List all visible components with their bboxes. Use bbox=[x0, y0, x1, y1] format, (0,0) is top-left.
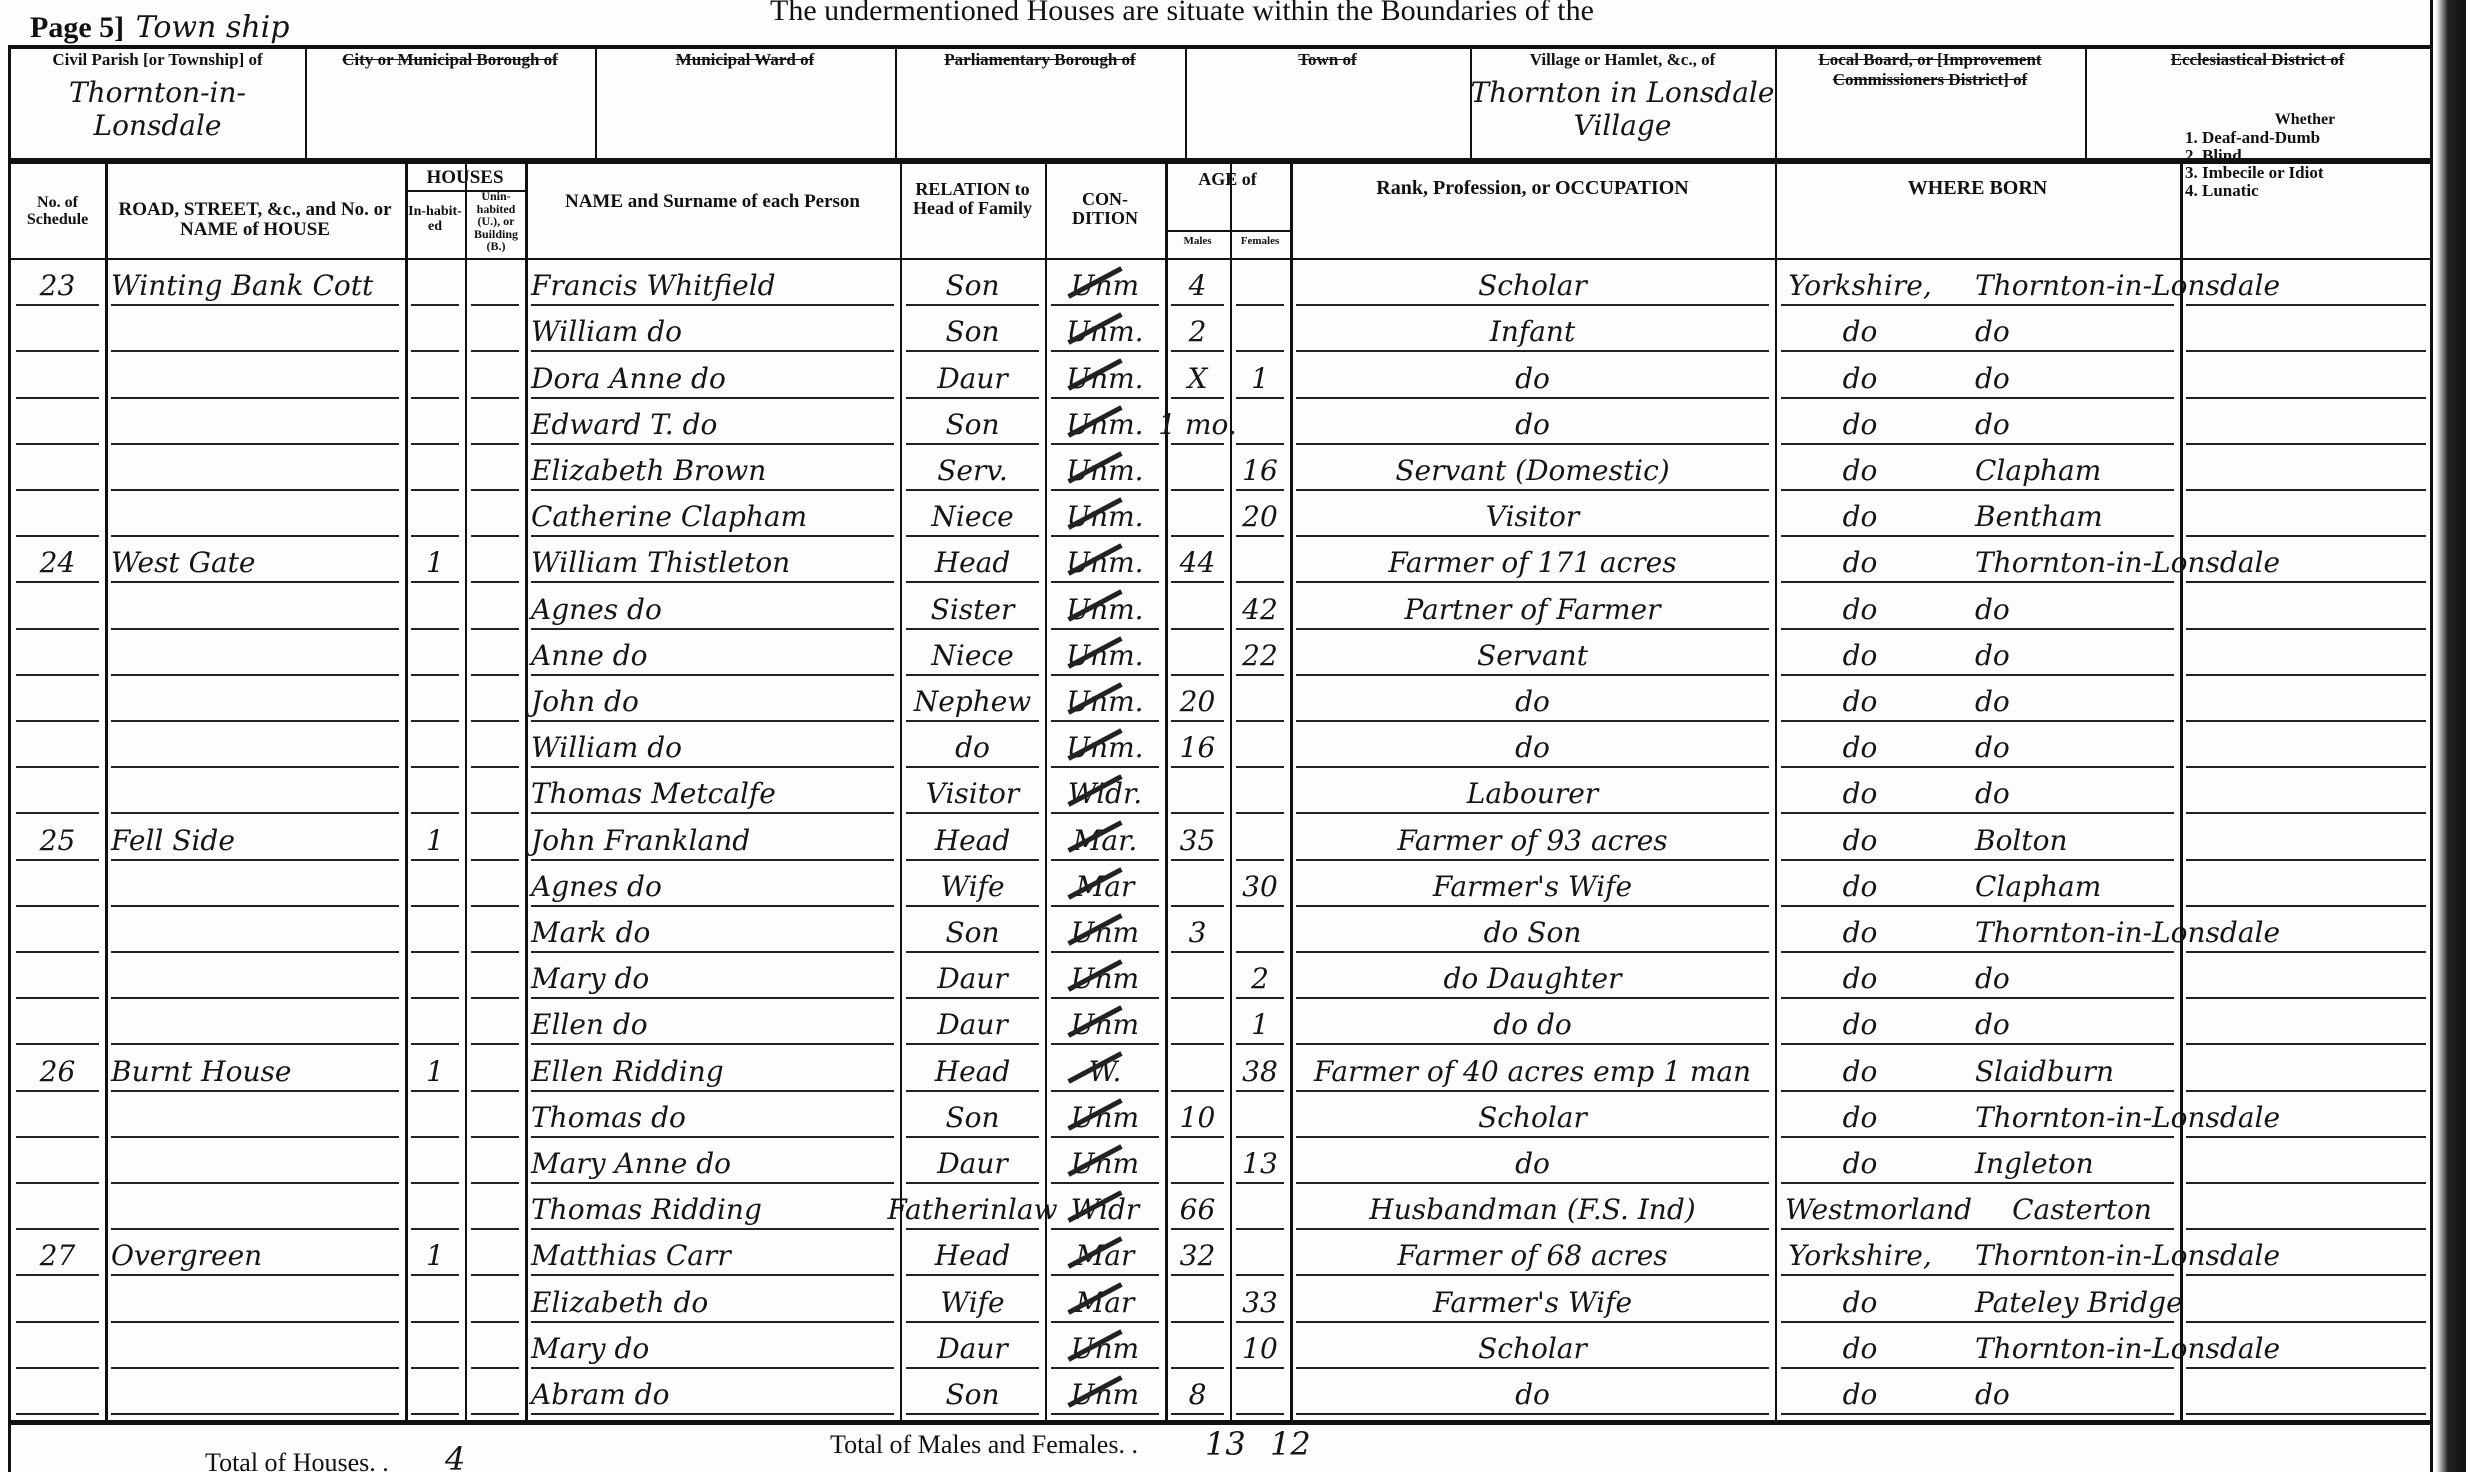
male-age bbox=[1171, 863, 1224, 909]
relation: Nephew bbox=[906, 678, 1039, 724]
person-name: Thomas Metcalfe bbox=[531, 770, 894, 816]
row-rule bbox=[1296, 1043, 1769, 1045]
whether-item: 2. Blind bbox=[2185, 147, 2425, 165]
born-county: do bbox=[1785, 500, 1935, 533]
row-rule bbox=[531, 1228, 894, 1230]
row-rule bbox=[1781, 489, 2174, 491]
condition: Unm. bbox=[1051, 539, 1159, 585]
male-age: 8 bbox=[1171, 1371, 1224, 1417]
house-name: Burnt House bbox=[111, 1047, 399, 1093]
condition: Widr. bbox=[1051, 770, 1159, 816]
row-rule bbox=[111, 1321, 399, 1323]
male-age: 10 bbox=[1171, 1094, 1224, 1140]
boundary-label: Ecclesiastical District of bbox=[2085, 50, 2430, 70]
person-name: John Frankland bbox=[531, 816, 894, 862]
relation: Daur bbox=[906, 1001, 1039, 1047]
schedule-number bbox=[16, 1094, 99, 1140]
row-rule bbox=[2186, 766, 2426, 768]
inhabited-count: 1 bbox=[411, 539, 459, 585]
house-name bbox=[111, 770, 399, 816]
row-rule bbox=[1051, 812, 1159, 814]
row-rule bbox=[906, 812, 1039, 814]
row-rule bbox=[1171, 997, 1224, 999]
where-born: doBentham bbox=[1785, 493, 2425, 539]
row-rule bbox=[906, 489, 1039, 491]
condition: Mar bbox=[1051, 1278, 1159, 1324]
row-rule bbox=[1171, 443, 1224, 445]
row-rule bbox=[1236, 1090, 1284, 1092]
row-rule bbox=[906, 1367, 1039, 1369]
condition: Unm. bbox=[1051, 447, 1159, 493]
person-name: Elizabeth do bbox=[531, 1278, 894, 1324]
house-name: Overgreen bbox=[111, 1232, 399, 1278]
person-name: Ellen Ridding bbox=[531, 1047, 894, 1093]
born-place: Slaidburn bbox=[1975, 1055, 2114, 1088]
condition: Unm. bbox=[1051, 354, 1159, 400]
female-age bbox=[1236, 724, 1284, 770]
born-county: do bbox=[1785, 362, 1935, 395]
whether-item: 4. Lunatic bbox=[2185, 182, 2425, 200]
condition: Unm. bbox=[1051, 632, 1159, 678]
row-rule bbox=[1051, 1274, 1159, 1276]
male-age bbox=[1171, 1001, 1224, 1047]
born-county: do bbox=[1785, 408, 1935, 441]
row-rule bbox=[1236, 304, 1284, 306]
row-rule bbox=[411, 1228, 459, 1230]
row-rule bbox=[2186, 1228, 2426, 1230]
row-rule bbox=[111, 581, 399, 583]
inhabited-count bbox=[411, 1001, 459, 1047]
born-place: Pateley Bridge bbox=[1975, 1286, 2183, 1319]
row-rule bbox=[2186, 1413, 2426, 1415]
row-rule bbox=[531, 581, 894, 583]
schedule-number: 27 bbox=[16, 1232, 99, 1278]
row-rule bbox=[1171, 1090, 1224, 1092]
row-rule bbox=[1781, 535, 2174, 537]
born-county: do bbox=[1785, 593, 1935, 626]
row-rule bbox=[16, 1090, 99, 1092]
row-rule bbox=[16, 1182, 99, 1184]
header-whether: Whether1. Deaf-and-Dumb2. Blind3. Imbeci… bbox=[2185, 112, 2425, 200]
row-rule bbox=[906, 397, 1039, 399]
person-name: Mary do bbox=[531, 1325, 894, 1371]
inhabited-count bbox=[411, 308, 459, 354]
row-rule bbox=[531, 905, 894, 907]
row-rule bbox=[471, 1136, 519, 1138]
born-county: do bbox=[1785, 777, 1935, 810]
row-rule bbox=[1781, 304, 2174, 306]
row-rule bbox=[16, 997, 99, 999]
row-rule bbox=[1051, 1136, 1159, 1138]
born-place: Clapham bbox=[1975, 870, 2101, 903]
row-rule bbox=[411, 812, 459, 814]
row-rule bbox=[2186, 443, 2426, 445]
row-rule bbox=[16, 628, 99, 630]
row-rule bbox=[531, 628, 894, 630]
relation: Head bbox=[906, 1232, 1039, 1278]
relation: Son bbox=[906, 909, 1039, 955]
row-rule bbox=[531, 535, 894, 537]
row-rule bbox=[411, 951, 459, 953]
male-age: 20 bbox=[1171, 678, 1224, 724]
row-rule bbox=[471, 489, 519, 491]
row-rule bbox=[1781, 350, 2174, 352]
row-rule bbox=[531, 1182, 894, 1184]
row-rule bbox=[1296, 766, 1769, 768]
rule bbox=[1165, 230, 1290, 232]
person-name: John do bbox=[531, 678, 894, 724]
female-age bbox=[1236, 1094, 1284, 1140]
row-rule bbox=[1236, 766, 1284, 768]
relation: Son bbox=[906, 401, 1039, 447]
schedule-number bbox=[16, 724, 99, 770]
born-county: do bbox=[1785, 1378, 1935, 1411]
house-name: West Gate bbox=[111, 539, 399, 585]
occupation: do bbox=[1296, 1371, 1769, 1417]
census-row: Catherine ClaphamNieceUnm.20VisitordoBen… bbox=[10, 493, 2430, 539]
row-rule bbox=[2186, 489, 2426, 491]
row-rule bbox=[1236, 1136, 1284, 1138]
census-row: Dora Anne doDaurUnm.X1dododo bbox=[10, 354, 2430, 400]
condition: Unm bbox=[1051, 1094, 1159, 1140]
house-name bbox=[111, 1325, 399, 1371]
row-rule bbox=[1236, 997, 1284, 999]
occupation: Visitor bbox=[1296, 493, 1769, 539]
boundary-label: Town of bbox=[1185, 50, 1470, 70]
row-rule bbox=[16, 1321, 99, 1323]
condition: Unm. bbox=[1051, 308, 1159, 354]
census-row: Ellen doDaurUnm1do dododo bbox=[10, 1001, 2430, 1047]
relation: Daur bbox=[906, 354, 1039, 400]
female-age: 42 bbox=[1236, 585, 1284, 631]
row-rule bbox=[1781, 1043, 2174, 1045]
row-rule bbox=[1171, 1274, 1224, 1276]
row-rule bbox=[111, 1182, 399, 1184]
row-rule bbox=[471, 951, 519, 953]
row-rule bbox=[16, 581, 99, 583]
row-rule bbox=[906, 581, 1039, 583]
row-rule bbox=[1296, 720, 1769, 722]
row-rule bbox=[906, 1182, 1039, 1184]
born-place: do bbox=[1975, 1008, 2010, 1041]
row-rule bbox=[1296, 674, 1769, 676]
where-born: Yorkshire,Thornton-in-Lonsdale bbox=[1785, 262, 2425, 308]
row-rule bbox=[1171, 1136, 1224, 1138]
occupation: Scholar bbox=[1296, 1094, 1769, 1140]
row-rule bbox=[531, 766, 894, 768]
row-rule bbox=[471, 766, 519, 768]
row-rule bbox=[471, 397, 519, 399]
schedule-number bbox=[16, 770, 99, 816]
row-rule bbox=[906, 997, 1039, 999]
inhabited-count bbox=[411, 447, 459, 493]
row-rule bbox=[1171, 859, 1224, 861]
where-born: dodo bbox=[1785, 1001, 2425, 1047]
where-born: doClapham bbox=[1785, 447, 2425, 493]
female-age bbox=[1236, 539, 1284, 585]
occupation: Servant (Domestic) bbox=[1296, 447, 1769, 493]
row-rule bbox=[906, 1413, 1039, 1415]
condition: Unm bbox=[1051, 262, 1159, 308]
born-place: Bolton bbox=[1975, 824, 2068, 857]
row-rule bbox=[1781, 1090, 2174, 1092]
relation: Wife bbox=[906, 863, 1039, 909]
row-rule bbox=[16, 443, 99, 445]
house-name bbox=[111, 1094, 399, 1140]
row-rule bbox=[1296, 1182, 1769, 1184]
row-rule bbox=[906, 859, 1039, 861]
schedule-number bbox=[16, 493, 99, 539]
whether-title: Whether bbox=[2185, 112, 2425, 129]
row-rule bbox=[1296, 535, 1769, 537]
born-place: Ingleton bbox=[1975, 1147, 2094, 1180]
row-rule bbox=[1781, 1321, 2174, 1323]
boundary-cell: Village or Hamlet, &c., ofThornton in Lo… bbox=[1470, 50, 1775, 158]
row-rule bbox=[411, 628, 459, 630]
row-rule bbox=[411, 1136, 459, 1138]
occupation: do bbox=[1296, 1140, 1769, 1186]
row-rule bbox=[111, 1043, 399, 1045]
row-rule bbox=[1051, 1413, 1159, 1415]
relation: Daur bbox=[906, 955, 1039, 1001]
row-rule bbox=[1051, 1182, 1159, 1184]
row-rule bbox=[1781, 1367, 2174, 1369]
row-rule bbox=[2186, 1182, 2426, 1184]
census-row: Anne doNieceUnm.22Servantdodo bbox=[10, 632, 2430, 678]
row-rule bbox=[411, 1367, 459, 1369]
born-county: do bbox=[1785, 1332, 1935, 1365]
row-rule bbox=[411, 443, 459, 445]
born-county: do bbox=[1785, 1101, 1935, 1134]
row-rule bbox=[1051, 674, 1159, 676]
schedule-number bbox=[16, 1325, 99, 1371]
row-rule bbox=[1236, 1274, 1284, 1276]
born-place: do bbox=[1975, 777, 2010, 810]
rule bbox=[1185, 45, 1187, 158]
row-rule bbox=[111, 1413, 399, 1415]
schedule-number bbox=[16, 1140, 99, 1186]
house-name bbox=[111, 1001, 399, 1047]
person-name: Edward T. do bbox=[531, 401, 894, 447]
row-rule bbox=[906, 674, 1039, 676]
row-rule bbox=[531, 1274, 894, 1276]
row-rule bbox=[1781, 1182, 2174, 1184]
page-annotation: Town ship bbox=[136, 10, 290, 45]
female-age: 1 bbox=[1236, 354, 1284, 400]
row-rule bbox=[2186, 304, 2426, 306]
house-name bbox=[111, 1371, 399, 1417]
census-row: Thomas RiddingFatherinlawWidr66Husbandma… bbox=[10, 1186, 2430, 1232]
row-rule bbox=[411, 997, 459, 999]
census-row: Edward T. doSonUnm.1 mo.dododo bbox=[10, 401, 2430, 447]
header-schedule: No. of Schedule bbox=[10, 195, 105, 229]
row-rule bbox=[111, 1274, 399, 1276]
row-rule bbox=[411, 535, 459, 537]
row-rule bbox=[1296, 350, 1769, 352]
row-rule bbox=[2186, 859, 2426, 861]
inhabited-count bbox=[411, 1094, 459, 1140]
person-name: William do bbox=[531, 308, 894, 354]
row-rule bbox=[1051, 905, 1159, 907]
female-age bbox=[1236, 678, 1284, 724]
row-rule bbox=[16, 304, 99, 306]
schedule-number bbox=[16, 863, 99, 909]
female-age bbox=[1236, 1186, 1284, 1232]
relation: do bbox=[906, 724, 1039, 770]
where-born: dodo bbox=[1785, 770, 2425, 816]
born-place: do bbox=[1975, 639, 2010, 672]
row-rule bbox=[16, 812, 99, 814]
row-rule bbox=[111, 859, 399, 861]
inhabited-count bbox=[411, 955, 459, 1001]
boundary-label: Village or Hamlet, &c., of bbox=[1470, 50, 1775, 70]
row-rule bbox=[471, 720, 519, 722]
boundary-cell: City or Municipal Borough of bbox=[305, 50, 595, 158]
row-rule bbox=[1781, 812, 2174, 814]
where-born: doThornton-in-Lonsdale bbox=[1785, 909, 2425, 955]
row-rule bbox=[1781, 905, 2174, 907]
row-rule bbox=[2186, 951, 2426, 953]
row-rule bbox=[471, 581, 519, 583]
condition: Unm bbox=[1051, 1325, 1159, 1371]
house-name bbox=[111, 863, 399, 909]
row-rule bbox=[2186, 1367, 2426, 1369]
row-rule bbox=[471, 859, 519, 861]
row-rule bbox=[906, 1136, 1039, 1138]
row-rule bbox=[1236, 489, 1284, 491]
occupation: Farmer of 68 acres bbox=[1296, 1232, 1769, 1278]
occupation: Scholar bbox=[1296, 1325, 1769, 1371]
relation: Visitor bbox=[906, 770, 1039, 816]
born-county: do bbox=[1785, 870, 1935, 903]
where-born: WestmorlandCasterton bbox=[1785, 1186, 2425, 1232]
row-rule bbox=[1171, 812, 1224, 814]
whether-item: 1. Deaf-and-Dumb bbox=[2185, 129, 2425, 147]
census-row: Elizabeth doWifeMar33Farmer's WifedoPate… bbox=[10, 1278, 2430, 1324]
row-rule bbox=[411, 1182, 459, 1184]
person-name: Catherine Clapham bbox=[531, 493, 894, 539]
male-age: 16 bbox=[1171, 724, 1224, 770]
census-row: William dodoUnm.16dododo bbox=[10, 724, 2430, 770]
condition: Unm bbox=[1051, 909, 1159, 955]
relation: Head bbox=[906, 816, 1039, 862]
schedule-number bbox=[16, 955, 99, 1001]
boundary-cell: Parliamentary Borough of bbox=[895, 50, 1185, 158]
rule bbox=[595, 45, 597, 158]
female-age bbox=[1236, 816, 1284, 862]
person-name: Agnes do bbox=[531, 863, 894, 909]
where-born: doThornton-in-Lonsdale bbox=[1785, 1325, 2425, 1371]
house-name bbox=[111, 678, 399, 724]
row-rule bbox=[111, 350, 399, 352]
row-rule bbox=[2186, 1043, 2426, 1045]
male-age bbox=[1171, 632, 1224, 678]
row-rule bbox=[1051, 766, 1159, 768]
condition: Unm. bbox=[1051, 401, 1159, 447]
relation: Niece bbox=[906, 493, 1039, 539]
row-rule bbox=[1296, 304, 1769, 306]
row-rule bbox=[1171, 674, 1224, 676]
house-name bbox=[111, 585, 399, 631]
occupation: do Son bbox=[1296, 909, 1769, 955]
row-rule bbox=[16, 1136, 99, 1138]
row-rule bbox=[111, 1090, 399, 1092]
row-rule bbox=[471, 443, 519, 445]
row-rule bbox=[906, 1090, 1039, 1092]
row-rule bbox=[1051, 1321, 1159, 1323]
total-persons-label: Total of Males and Females. . bbox=[830, 1430, 1138, 1460]
row-rule bbox=[411, 489, 459, 491]
census-row: Abram doSonUnm8dododo bbox=[10, 1371, 2430, 1417]
row-rule bbox=[1296, 905, 1769, 907]
boundary-cell: Municipal Ward of bbox=[595, 50, 895, 158]
row-rule bbox=[471, 1413, 519, 1415]
inhabited-count bbox=[411, 401, 459, 447]
where-born: doSlaidburn bbox=[1785, 1047, 2425, 1093]
relation: Daur bbox=[906, 1140, 1039, 1186]
female-age: 30 bbox=[1236, 863, 1284, 909]
born-county: do bbox=[1785, 1286, 1935, 1319]
schedule-number bbox=[16, 678, 99, 724]
where-born: doThornton-in-Lonsdale bbox=[1785, 1094, 2425, 1140]
row-rule bbox=[16, 1043, 99, 1045]
row-rule bbox=[1296, 1274, 1769, 1276]
row-rule bbox=[1781, 859, 2174, 861]
inhabited-count bbox=[411, 1371, 459, 1417]
row-rule bbox=[1781, 951, 2174, 953]
born-place: Thornton-in-Lonsdale bbox=[1975, 269, 2280, 302]
house-name bbox=[111, 1278, 399, 1324]
row-rule bbox=[1781, 720, 2174, 722]
person-name: Elizabeth Brown bbox=[531, 447, 894, 493]
header-males: Males bbox=[1165, 236, 1230, 248]
census-row: Mary doDaurUnm10ScholardoThornton-in-Lon… bbox=[10, 1325, 2430, 1371]
male-age bbox=[1171, 493, 1224, 539]
schedule-number bbox=[16, 1001, 99, 1047]
born-place: do bbox=[1975, 685, 2010, 718]
condition: Mar bbox=[1051, 1232, 1159, 1278]
inhabited-count bbox=[411, 1140, 459, 1186]
person-name: William Thistleton bbox=[531, 539, 894, 585]
census-row: John doNephewUnm.20dododo bbox=[10, 678, 2430, 724]
condition: Mar bbox=[1051, 863, 1159, 909]
row-rule bbox=[906, 1321, 1039, 1323]
person-name: Anne do bbox=[531, 632, 894, 678]
occupation: do bbox=[1296, 401, 1769, 447]
row-rule bbox=[411, 674, 459, 676]
row-rule bbox=[906, 1043, 1039, 1045]
where-born: doThornton-in-Lonsdale bbox=[1785, 539, 2425, 585]
header-relation: RELATION to Head of Family bbox=[905, 180, 1040, 218]
row-rule bbox=[531, 489, 894, 491]
row-rule bbox=[1236, 581, 1284, 583]
row-rule bbox=[1171, 489, 1224, 491]
row-rule bbox=[2186, 350, 2426, 352]
row-rule bbox=[2186, 1321, 2426, 1323]
inhabited-count bbox=[411, 863, 459, 909]
inhabited-count bbox=[411, 724, 459, 770]
row-rule bbox=[471, 1043, 519, 1045]
born-county: Yorkshire, bbox=[1785, 269, 1935, 302]
row-rule bbox=[1236, 350, 1284, 352]
row-rule bbox=[1296, 1367, 1769, 1369]
person-name: Dora Anne do bbox=[531, 354, 894, 400]
row-rule bbox=[16, 766, 99, 768]
male-age bbox=[1171, 585, 1224, 631]
row-rule bbox=[531, 397, 894, 399]
page-number: Page 5] Town ship bbox=[30, 10, 289, 45]
row-rule bbox=[1296, 1228, 1769, 1230]
